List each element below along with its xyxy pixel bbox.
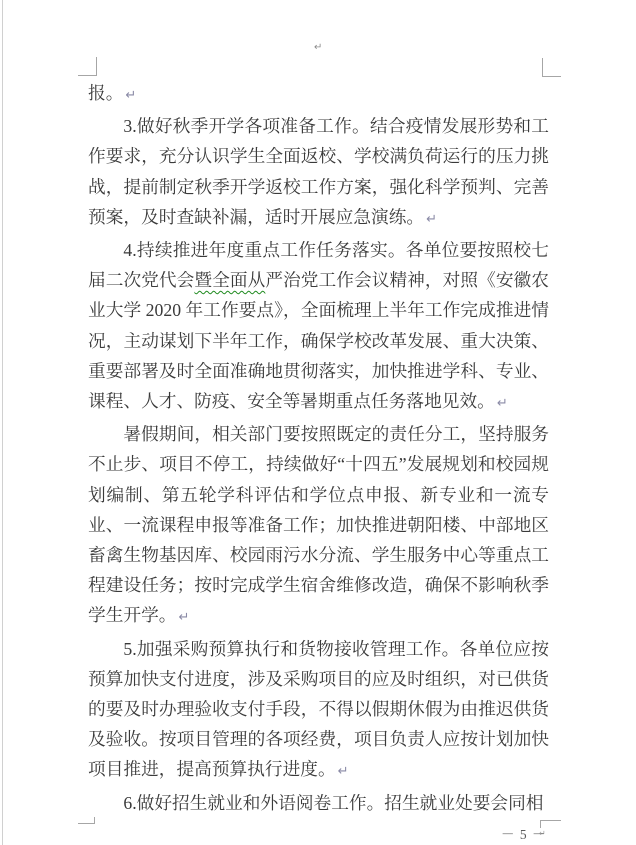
footer-paragraph-mark-icon: ↵	[539, 829, 546, 838]
paragraph-text: 6.做好招生就业和外语阅卷工作。招生就业处要会同相	[123, 793, 543, 813]
paragraph-item-3[interactable]: 3.做好秋季开学各项准备工作。结合疫情发展形势和工作要求，充分认识学生全面返校、…	[88, 111, 549, 235]
crop-mark-bottom-left-icon	[78, 817, 95, 824]
document-page: { "page": { "number_label": "－ 5 －", "re…	[0, 0, 636, 845]
paragraph-end-mark-icon: ↵	[495, 396, 508, 411]
spell-error-text: 暨全面从	[194, 270, 265, 290]
document-body[interactable]: 报。↵ 3.做好秋季开学各项准备工作。结合疫情发展形势和工作要求，充分认识学生全…	[88, 78, 549, 818]
header-paragraph-mark-icon: ↵	[314, 42, 322, 53]
paragraph-summer-period[interactable]: 暑假期间，相关部门要按照既定的责任分工，坚持服务不止步、项目不停工，持续做好“十…	[88, 419, 549, 633]
paragraph-end-mark-icon: ↵	[336, 764, 349, 779]
paragraph-item-6[interactable]: 6.做好招生就业和外语阅卷工作。招生就业处要会同相	[88, 788, 549, 818]
paragraph-end-mark-icon: ↵	[123, 88, 136, 103]
crop-mark-top-right-icon	[542, 58, 561, 77]
paragraph-item-4[interactable]: 4.持续推进年度重点工作任务落实。各单位要按照校七届二次党代会暨全面从严治党工作…	[88, 235, 549, 419]
paragraph-end-mark-icon: ↵	[176, 610, 189, 625]
paragraph-text: 3.做好秋季开学各项准备工作。结合疫情发展形势和工作要求，充分认识学生全面返校、…	[88, 116, 549, 227]
page-left-edge	[2, 0, 3, 845]
paragraph-text: 5.加强采购预算执行和货物接收管理工作。各单位应按预算加快支付进度，涉及采购项目…	[88, 639, 549, 780]
paragraph-text: 报。	[88, 83, 123, 103]
crop-mark-top-left-icon	[78, 57, 97, 76]
paragraph-end-mark-icon: ↵	[424, 212, 437, 227]
paragraph-text: 暑假期间，相关部门要按照既定的责任分工，坚持服务不止步、项目不停工，持续做好“十…	[88, 424, 549, 625]
paragraph-item-5[interactable]: 5.加强采购预算执行和货物接收管理工作。各单位应按预算加快支付进度，涉及采购项目…	[88, 634, 549, 788]
paragraph-continuation[interactable]: 报。↵	[88, 78, 549, 111]
paragraph-text: 严治党工作会议精神，对照《安徽农业大学 2020 年工作要点》，全面梳理上半年工…	[88, 270, 549, 411]
